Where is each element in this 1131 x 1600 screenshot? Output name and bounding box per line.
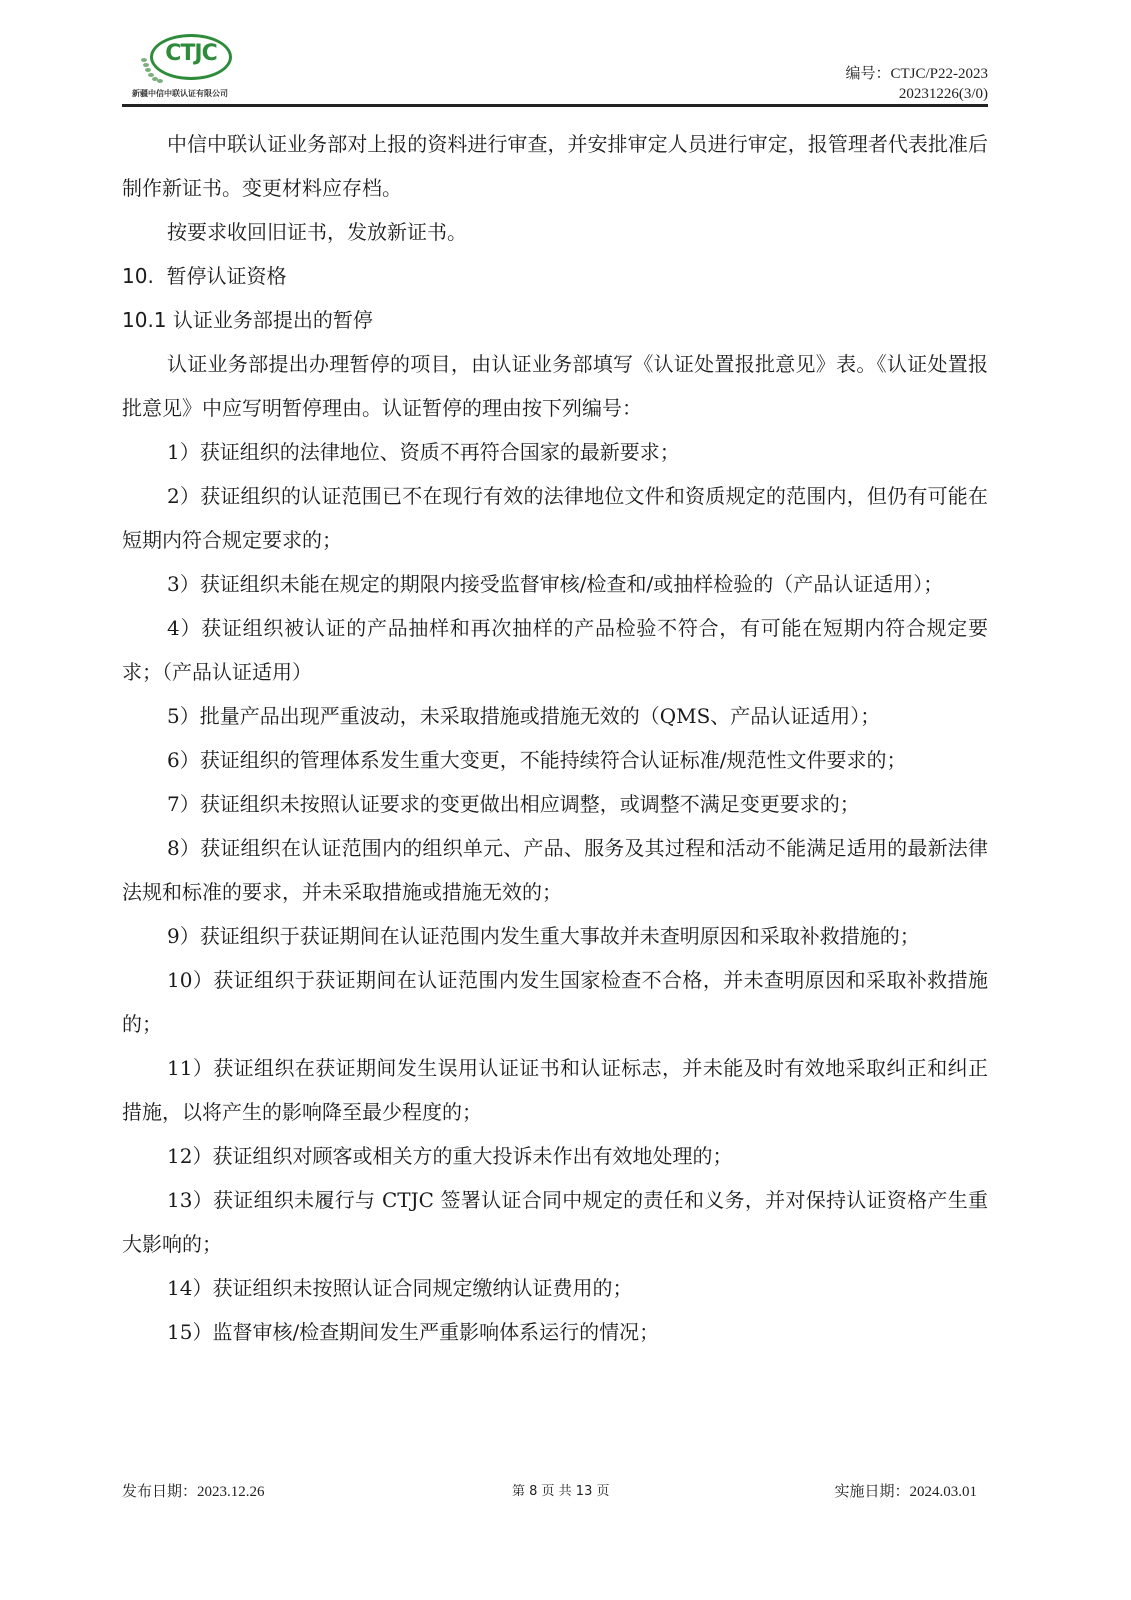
reason-item-8: 8）获证组织在认证范围内的组织单元、产品、服务及其过程和活动不能满足适用的最新法… bbox=[122, 826, 988, 914]
reason-item-9: 9）获证组织于获证期间在认证范围内发生重大事故并未查明原因和采取补救措施的； bbox=[122, 914, 988, 958]
reason-item-15: 15）监督审核/检查期间发生严重影响体系运行的情况； bbox=[122, 1310, 988, 1354]
reason-item-10: 10）获证组织于获证期间在认证范围内发生国家检查不合格，并未查明原因和采取补救措… bbox=[122, 958, 988, 1046]
company-name: 新疆中信中联认证有限公司 bbox=[132, 88, 228, 99]
document-version: 20231226(3/0) bbox=[845, 84, 988, 104]
reason-item-6: 6）获证组织的管理体系发生重大变更，不能持续符合认证标准/规范性文件要求的； bbox=[122, 738, 988, 782]
page-header: CTJC 新疆中信中联认证有限公司 编号：CTJC/P22-2023 20231… bbox=[122, 28, 988, 106]
company-logo: CTJC 新疆中信中联认证有限公司 bbox=[132, 32, 232, 98]
reason-item-7: 7）获证组织未按照认证要求的变更做出相应调整，或调整不满足变更要求的； bbox=[122, 782, 988, 826]
effective-date: 实施日期：2024.03.01 bbox=[834, 1480, 977, 1501]
paragraph: 中信中联认证业务部对上报的资料进行审查，并安排审定人员进行审定，报管理者代表批准… bbox=[122, 122, 988, 210]
reason-item-2: 2）获证组织的认证范围已不在现行有效的法律地位文件和资质规定的范围内，但仍有可能… bbox=[122, 474, 988, 562]
page-number: 第 8 页 共 13 页 bbox=[512, 1480, 609, 1499]
intro-paragraph: 认证业务部提出办理暂停的项目，由认证业务部填写《认证处置报批意见》表。《认证处置… bbox=[122, 342, 988, 430]
paragraph: 按要求收回旧证书，发放新证书。 bbox=[122, 210, 988, 254]
document-number: 编号：CTJC/P22-2023 bbox=[845, 64, 988, 84]
reason-item-3: 3）获证组织未能在规定的期限内接受监督审核/检查和/或抽样检验的（产品认证适用）… bbox=[122, 562, 988, 606]
reason-item-4: 4）获证组织被认证的产品抽样和再次抽样的产品检验不符合，有可能在短期内符合规定要… bbox=[122, 606, 988, 694]
header-divider bbox=[122, 104, 988, 107]
reason-item-11: 11）获证组织在获证期间发生误用认证证书和认证标志，并未能及时有效地采取纠正和纠… bbox=[122, 1046, 988, 1134]
section-number: 10. bbox=[122, 264, 154, 288]
document-code-block: 编号：CTJC/P22-2023 20231226(3/0) bbox=[845, 64, 988, 104]
reason-item-13: 13）获证组织未履行与 CTJC 签署认证合同中规定的责任和义务，并对保持认证资… bbox=[122, 1178, 988, 1266]
subsection-heading-10-1: 10.1 认证业务部提出的暂停 bbox=[122, 298, 988, 342]
section-title: 暂停认证资格 bbox=[167, 264, 287, 288]
document-body: 中信中联认证业务部对上报的资料进行审查，并安排审定人员进行审定，报管理者代表批准… bbox=[122, 122, 988, 1354]
reason-item-1: 1）获证组织的法律地位、资质不再符合国家的最新要求； bbox=[122, 430, 988, 474]
section-heading-10: 10. 暂停认证资格 bbox=[122, 254, 988, 298]
reason-item-5: 5）批量产品出现严重波动，未采取措施或措施无效的（QMS、产品认证适用）； bbox=[122, 694, 988, 738]
page-footer: 发布日期：2023.12.26 第 8 页 共 13 页 实施日期：2024.0… bbox=[122, 1480, 977, 1504]
logo-text: CTJC bbox=[156, 41, 226, 66]
reason-item-14: 14）获证组织未按照认证合同规定缴纳认证费用的； bbox=[122, 1266, 988, 1310]
publish-date: 发布日期：2023.12.26 bbox=[122, 1480, 265, 1501]
reason-item-12: 12）获证组织对顾客或相关方的重大投诉未作出有效地处理的； bbox=[122, 1134, 988, 1178]
